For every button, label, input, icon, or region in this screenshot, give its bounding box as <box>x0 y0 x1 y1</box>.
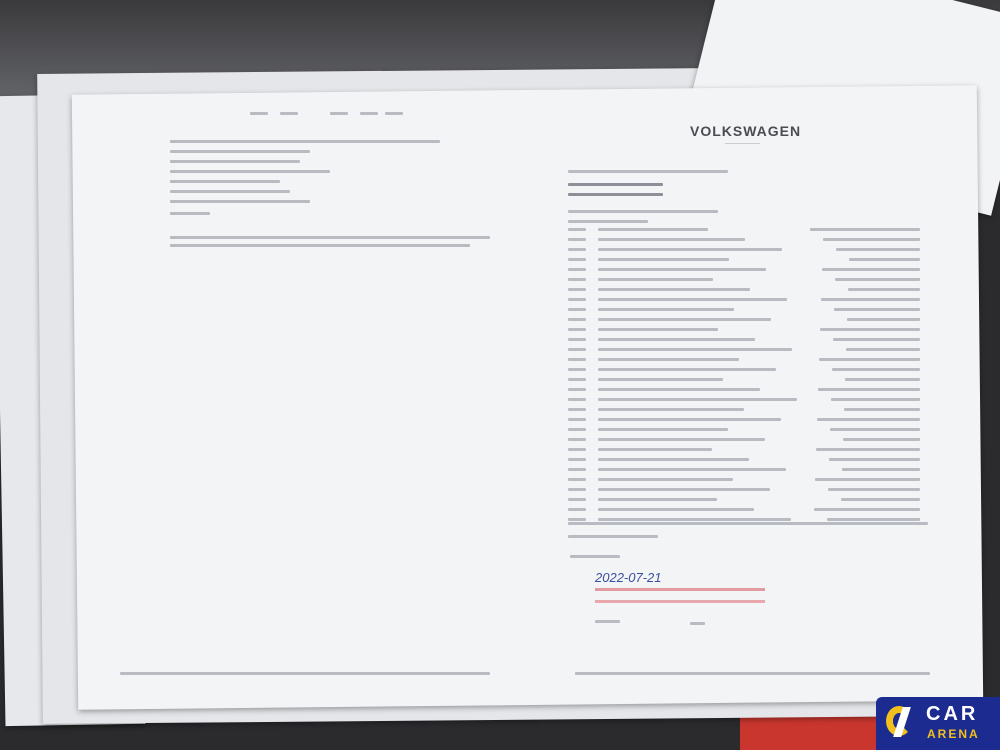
stamp-line <box>595 588 765 591</box>
brand-title: VOLKSWAGEN <box>690 123 801 139</box>
signature-stamp: 2022-07-21 <box>595 570 662 585</box>
stamp-line <box>595 600 765 603</box>
car-arena-logo: CAR ARENA <box>876 697 1000 750</box>
logo-text-arena: ARENA <box>927 727 980 741</box>
red-object <box>740 712 880 750</box>
brand-subtitle: ——————— <box>725 141 760 147</box>
logo-text-car: CAR <box>926 703 978 726</box>
